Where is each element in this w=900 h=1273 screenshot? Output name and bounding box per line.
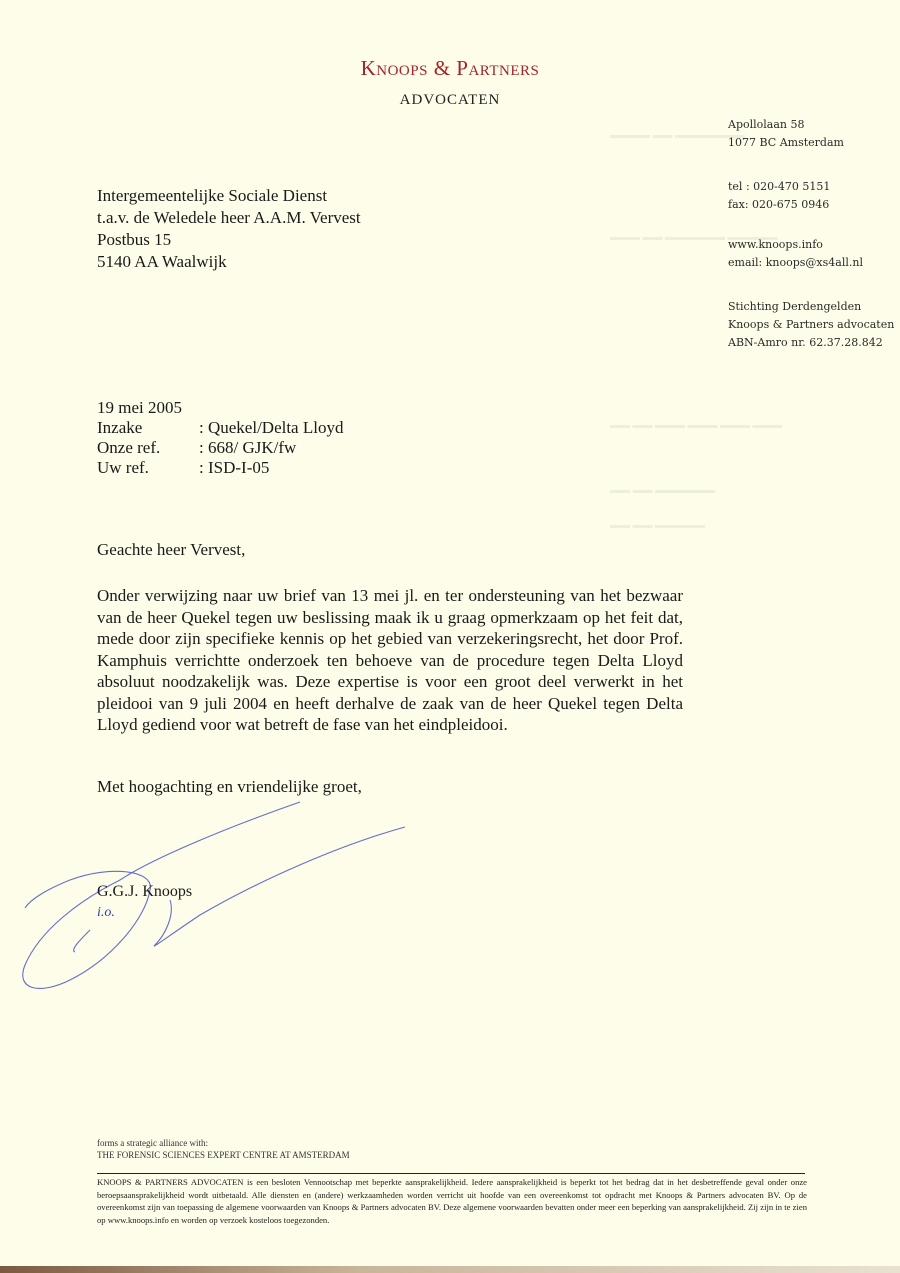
sidebar-address: Apollolaan 58 1077 BC Amsterdam [728,116,844,152]
signature-initials: i.o. [97,905,115,921]
firm-name: Knoops & Partners [0,56,900,81]
meta-label: Onze ref. [97,438,199,458]
recipient-city: 5140 AA Waalwijk [97,251,361,273]
email-link[interactable]: email: knoops@xs4all.nl [728,254,863,272]
sidebar-contact: tel : 020-470 5151 fax: 020-675 0946 [728,178,830,214]
sidebar-account: Stichting Derdengelden Knoops & Partners… [728,298,894,352]
bleed-through-text: ▬▬ ▬▬ ▬▬▬▬▬ [610,520,705,531]
legal-disclaimer: KNOOPS & PARTNERS ADVOCATEN is een beslo… [97,1176,807,1226]
meta-value: : ISD-I-05 [199,458,269,478]
account-name: Knoops & Partners advocaten [728,316,894,334]
recipient-address: Intergemeentelijke Sociale Dienst t.a.v.… [97,185,361,273]
recipient-org: Intergemeentelijke Sociale Dienst [97,185,361,207]
letter-meta: 19 mei 2005 Inzake : Quekel/Delta Lloyd … [97,398,343,478]
meta-row: Onze ref. : 668/ GJK/fw [97,438,343,458]
letter-body: Onder verwijzing naar uw brief van 13 me… [97,585,683,736]
meta-label: Uw ref. [97,458,199,478]
bleed-through-text: ▬▬ ▬▬ ▬▬▬ ▬▬▬ ▬▬▬ ▬▬▬ [610,420,783,431]
scan-edge [0,1266,900,1273]
meta-value: : Quekel/Delta Lloyd [199,418,343,438]
firm-subtitle: ADVOCATEN [0,92,900,109]
account-number: ABN-Amro nr. 62.37.28.842 [728,334,894,352]
meta-value: : 668/ GJK/fw [199,438,296,458]
bleed-through-text: ▬▬ ▬▬ ▬▬▬▬▬▬ [610,485,715,496]
alliance-name: THE FORENSIC SCIENCES EXPERT CENTRE AT A… [97,1149,350,1161]
meta-row: Uw ref. : ISD-I-05 [97,458,343,478]
signature-scribble-icon [0,790,420,1020]
recipient-attn: t.a.v. de Weledele heer A.A.M. Vervest [97,207,361,229]
address-city: 1077 BC Amsterdam [728,134,844,152]
alliance-intro: forms a strategic alliance with: [97,1137,350,1149]
sidebar-web: www.knoops.info email: knoops@xs4all.nl [728,236,863,272]
signer-name: G.G.J. Knoops [97,883,192,901]
website-link[interactable]: www.knoops.info [728,236,863,254]
meta-row: Inzake : Quekel/Delta Lloyd [97,418,343,438]
letter-date: 19 mei 2005 [97,398,343,418]
alliance-note: forms a strategic alliance with: THE FOR… [97,1137,350,1161]
recipient-pobox: Postbus 15 [97,229,361,251]
tel-number: tel : 020-470 5151 [728,178,830,196]
account-title: Stichting Derdengelden [728,298,894,316]
meta-label: Inzake [97,418,199,438]
fax-number: fax: 020-675 0946 [728,196,830,214]
bleed-through-text: ▬▬▬▬ ▬▬ ▬▬▬▬▬▬▬ [610,130,745,141]
footer-divider [97,1173,805,1174]
address-street: Apollolaan 58 [728,116,844,134]
salutation: Geachte heer Vervest, [97,540,245,560]
